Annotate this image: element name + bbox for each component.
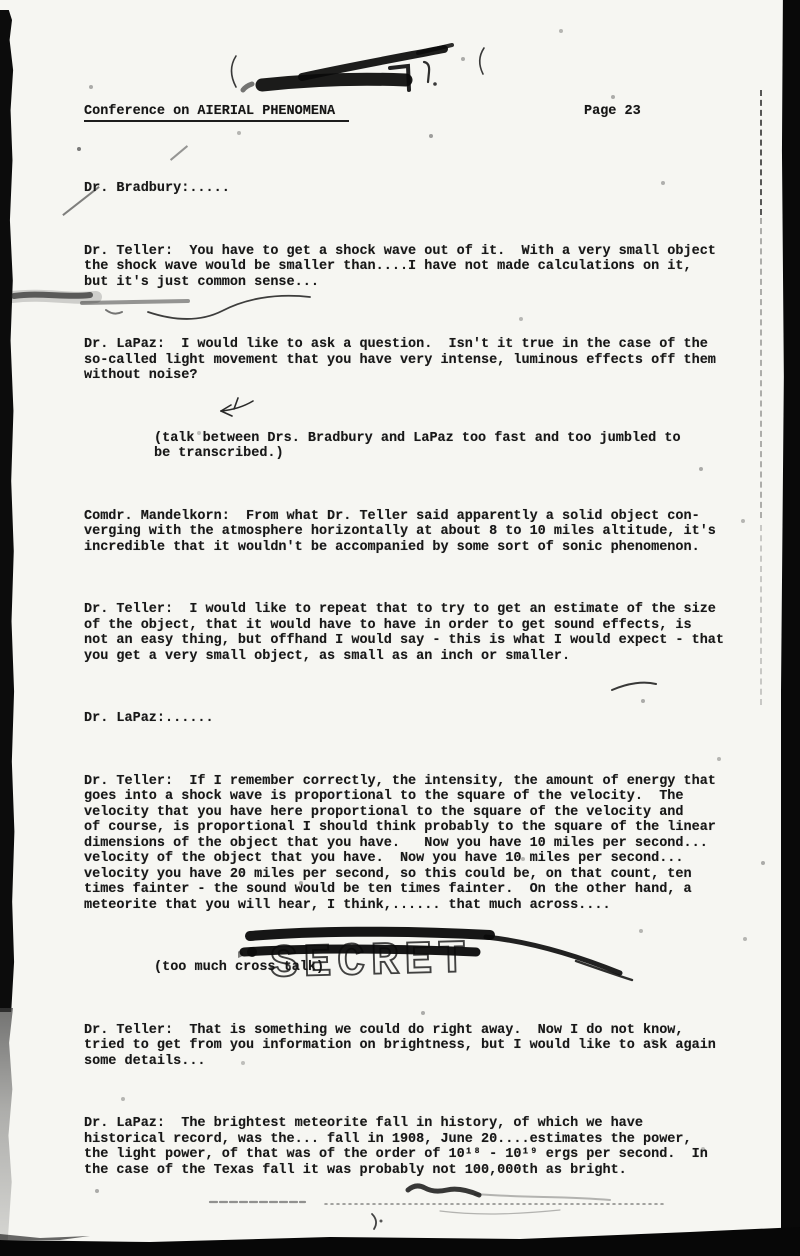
scanned-document-page: Conference on AIERIAL PHENOMENA Page 23 … (0, 0, 800, 1256)
arrow-annotation-icon (213, 396, 257, 422)
right-scan-edge (781, 0, 800, 1256)
paragraph-lapaz-question: Dr. LaPaz: I would like to ask a questio… (84, 337, 774, 384)
paragraph-teller-estimate: Dr. Teller: I would like to repeat that … (84, 602, 774, 664)
obliterated-stamp-top (222, 32, 502, 100)
paragraph-lapaz-meteorite: Dr. LaPaz: The brightest meteorite fall … (84, 1116, 774, 1178)
paragraph-mandelkorn: Comdr. Mandelkorn: From what Dr. Teller … (84, 509, 774, 556)
secret-stamp-crossed-out: SECRET (238, 912, 648, 996)
scan-noise-speckles (0, 0, 2, 2)
bottom-scan-bar (0, 1218, 800, 1256)
page-number: Page 23 (584, 104, 641, 119)
left-scan-edge (0, 10, 16, 1012)
paragraph-teller-intensity: Dr. Teller: If I remember correctly, the… (84, 774, 774, 914)
secret-stamp-text: SECRET (269, 933, 472, 990)
stage-direction-jumbled-talk: (talk between Drs. Bradbury and LaPaz to… (154, 431, 774, 462)
paragraph-bradbury: Dr. Bradbury:..... (84, 181, 774, 197)
document-header: Conference on AIERIAL PHENOMENA (84, 104, 349, 122)
paragraph-lapaz-dots: Dr. LaPaz:...... (84, 711, 774, 727)
paragraph-teller-brightness: Dr. Teller: That is something we could d… (84, 1023, 774, 1070)
left-scan-edge-fade (0, 1008, 13, 1240)
document-title: Conference on AIERIAL PHENOMENA (84, 104, 349, 122)
pen-dash-mark (608, 678, 662, 694)
pen-smear-without-noise (10, 280, 330, 324)
